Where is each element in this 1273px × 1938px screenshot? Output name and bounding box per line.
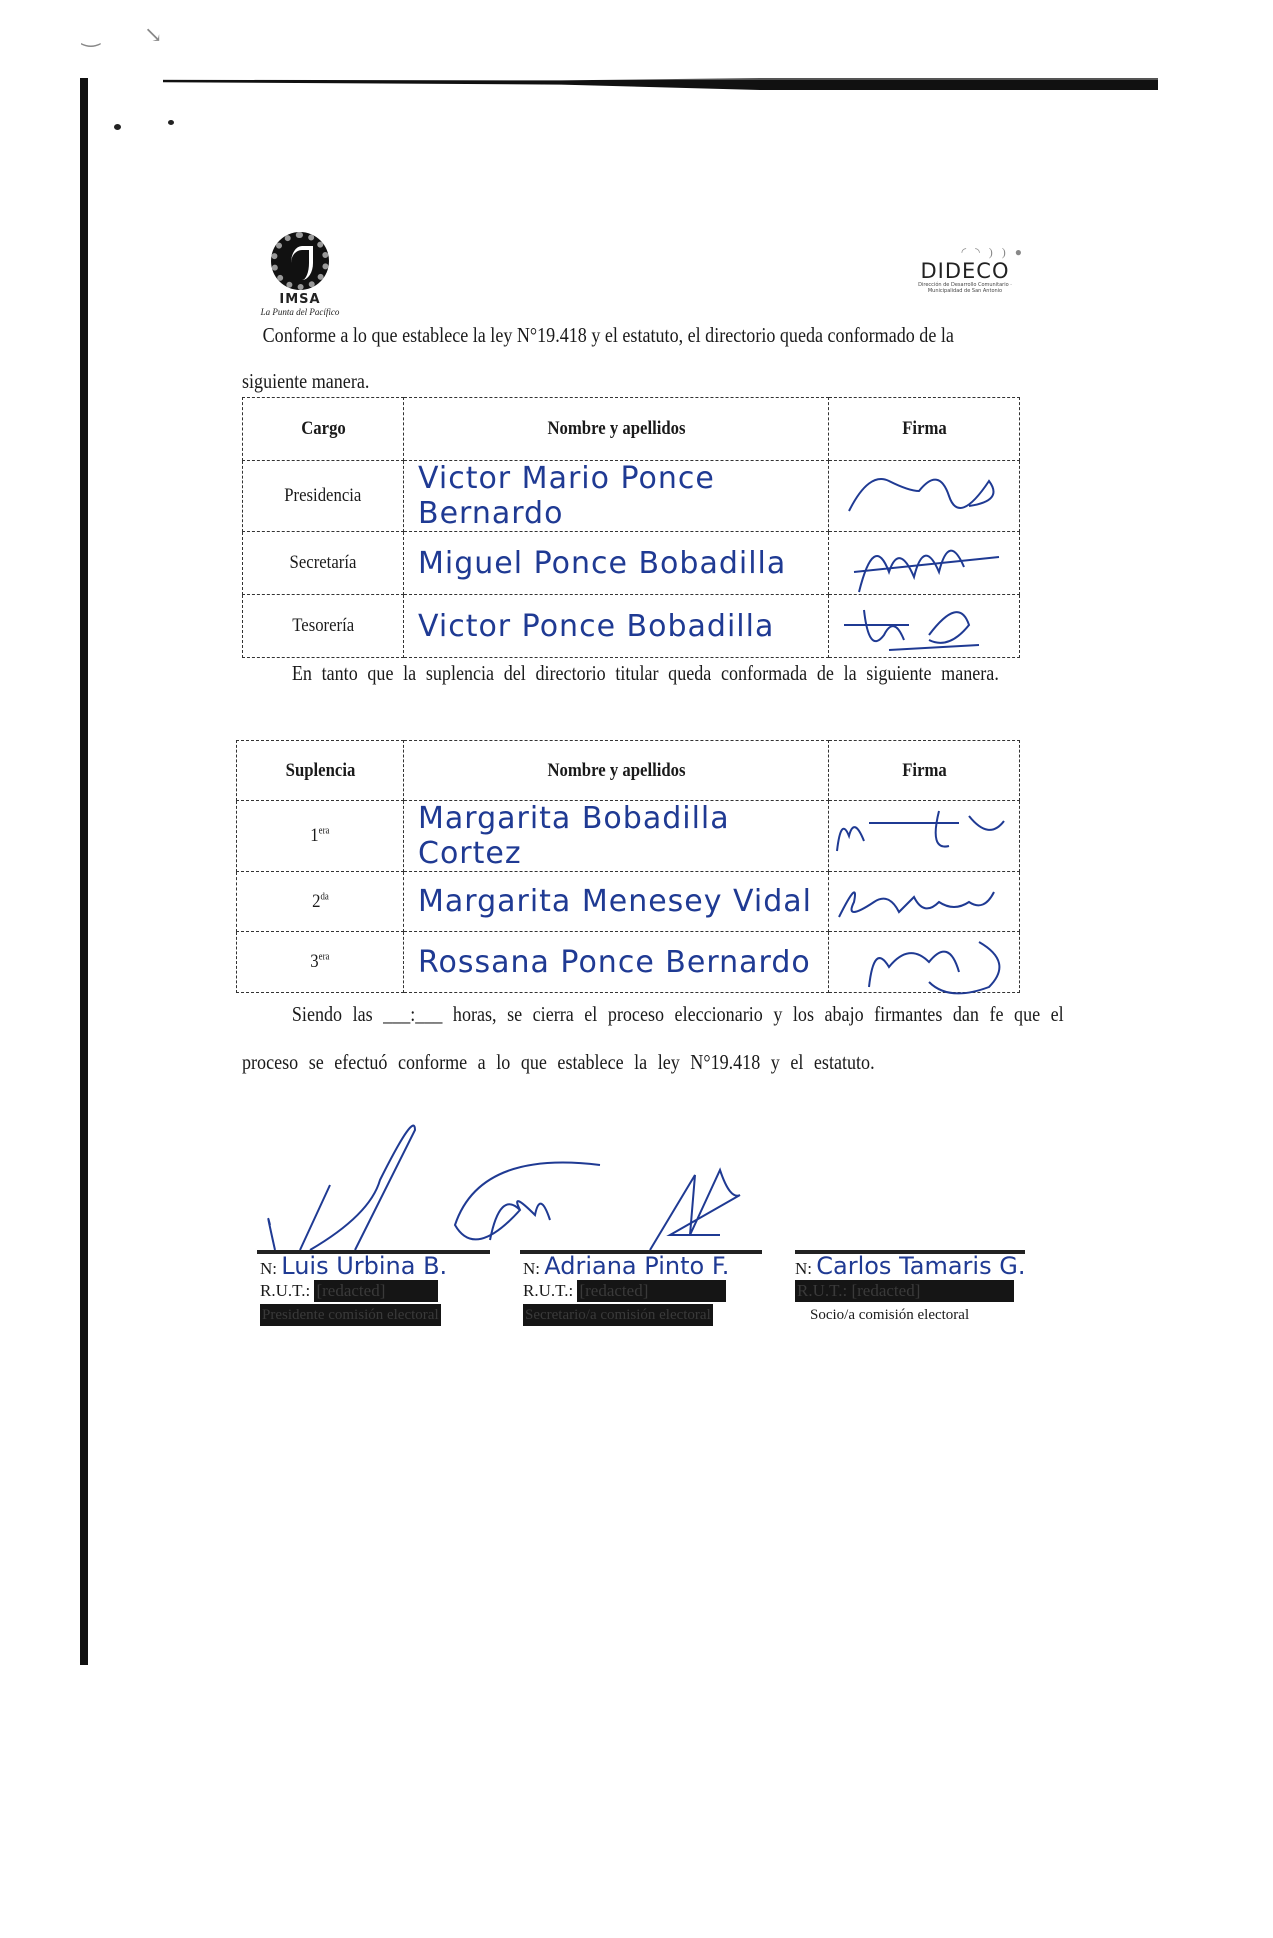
orden-label: 1era bbox=[310, 825, 329, 847]
rut-redacted: [redacted] bbox=[577, 1280, 726, 1302]
nombre-cell: Rossana Ponce Bernardo bbox=[404, 932, 829, 993]
closing-paragraph: Siendo las ___:___ horas, se cierra el p… bbox=[242, 990, 1111, 1086]
commission-member-socio: N: Carlos Tamaris G. R.U.T.: [redacted] … bbox=[795, 1255, 1055, 1326]
dideco-logo: ◜ ◝ ) ) ● DIDECO Dirección de Desarrollo… bbox=[905, 245, 1025, 294]
cargo-cell: Secretaría bbox=[243, 532, 404, 595]
role-label: Socio/a comisión electoral bbox=[810, 1307, 969, 1323]
nombre-cell: Victor Ponce Bobadilla bbox=[404, 595, 829, 658]
suplencia-paragraph: En tanto que la suplencia del directorio… bbox=[242, 650, 1111, 696]
dideco-subtitle: Dirección de Desarrollo Comunitario · Mu… bbox=[905, 282, 1025, 294]
commission-member-secretary: N: Adriana Pinto F. R.U.T.: [redacted] S… bbox=[523, 1255, 783, 1326]
orden-cell: 3era bbox=[237, 932, 404, 993]
cargo-label: Tesorería bbox=[292, 615, 354, 637]
header-suplencia: Suplencia bbox=[247, 741, 394, 801]
scan-artifact: ↘ bbox=[144, 22, 162, 48]
n-label: N: bbox=[260, 1259, 277, 1278]
table-row: Secretaría Miguel Ponce Bobadilla bbox=[243, 532, 1020, 595]
signature bbox=[829, 872, 1020, 932]
signature bbox=[829, 595, 1020, 658]
top-rule bbox=[163, 78, 1158, 90]
header-nombre: Nombre y apellidos bbox=[429, 398, 803, 461]
cargo-cell: Presidencia bbox=[243, 461, 404, 532]
orden-label: 3era bbox=[310, 951, 329, 973]
table-row: 3era Rossana Ponce Bernardo bbox=[237, 932, 1020, 993]
n-label: N: bbox=[795, 1259, 812, 1278]
left-margin-bar bbox=[80, 78, 88, 1665]
orden-cell: 2da bbox=[237, 872, 404, 932]
signature bbox=[829, 532, 1020, 595]
scan-artifact: ‿ bbox=[82, 22, 100, 48]
header-firma: Firma bbox=[840, 741, 1008, 801]
intro-paragraph: Conforme a lo que establece la ley N°19.… bbox=[242, 312, 990, 404]
rut-redacted: R.U.T.: [redacted] bbox=[795, 1280, 1014, 1302]
header-firma: Firma bbox=[840, 398, 1008, 461]
commission-member-president: N: Luis Urbina B. R.U.T.: [redacted] Pre… bbox=[260, 1255, 500, 1326]
imsa-logo: IMSA La Punta del Pacífico bbox=[255, 232, 345, 317]
dideco-name: DIDECO bbox=[905, 260, 1025, 282]
punch-mark bbox=[114, 124, 121, 130]
signature-icon bbox=[829, 595, 1019, 658]
dideco-logo-icon: ◜ ◝ ) ) ● bbox=[905, 245, 1025, 260]
suplencia-table: Suplencia Nombre y apellidos Firma 1era … bbox=[236, 740, 1020, 993]
header-cargo: Cargo bbox=[252, 398, 394, 461]
commission-signatures-icon bbox=[250, 1110, 1040, 1255]
nombre-cell: Miguel Ponce Bobadilla bbox=[404, 532, 829, 595]
signature-icon bbox=[829, 932, 1019, 993]
signature-icon bbox=[829, 872, 1019, 932]
closing-text: Siendo las ___:___ horas, se cierra el p… bbox=[242, 1002, 1064, 1074]
orden-cell: 1era bbox=[237, 801, 404, 872]
suplencia-text: En tanto que la suplencia del directorio… bbox=[292, 661, 999, 685]
header-nombre: Nombre y apellidos bbox=[429, 741, 803, 801]
table-row: Presidencia Victor Mario Ponce Bernardo bbox=[243, 461, 1020, 532]
table-row: 2da Margarita Menesey Vidal bbox=[237, 872, 1020, 932]
signature-icon bbox=[829, 801, 1019, 863]
directorio-table: Cargo Nombre y apellidos Firma Presidenc… bbox=[242, 397, 1020, 658]
member-name: Adriana Pinto F. bbox=[544, 1252, 729, 1280]
table-row: 1era Margarita Bobadilla Cortez bbox=[237, 801, 1020, 872]
cargo-label: Secretaría bbox=[290, 552, 357, 574]
rut-label: R.U.T.: bbox=[523, 1281, 573, 1300]
nombre-cell: Victor Mario Ponce Bernardo bbox=[404, 461, 829, 532]
nombre-cell: Margarita Bobadilla Cortez bbox=[404, 801, 829, 872]
table-row: Tesorería Victor Ponce Bobadilla bbox=[243, 595, 1020, 658]
member-name: Luis Urbina B. bbox=[281, 1252, 447, 1280]
member-name: Carlos Tamaris G. bbox=[816, 1252, 1025, 1280]
cargo-cell: Tesorería bbox=[243, 595, 404, 658]
punch-mark bbox=[168, 120, 174, 125]
imsa-logo-icon bbox=[271, 232, 329, 290]
imsa-name: IMSA bbox=[255, 292, 345, 307]
signature-icon bbox=[829, 532, 1019, 595]
role-label-redacted: Presidente comisión electoral bbox=[260, 1304, 441, 1326]
signature bbox=[829, 461, 1020, 532]
nombre-cell: Margarita Menesey Vidal bbox=[404, 872, 829, 932]
signature bbox=[829, 932, 1020, 993]
n-label: N: bbox=[523, 1259, 540, 1278]
signature bbox=[829, 801, 1020, 872]
rut-redacted: [redacted] bbox=[314, 1280, 438, 1302]
cargo-label: Presidencia bbox=[284, 485, 361, 507]
role-label-redacted: Secretario/a comisión electoral bbox=[523, 1304, 713, 1326]
rut-label: R.U.T.: bbox=[260, 1281, 310, 1300]
orden-label: 2da bbox=[312, 891, 329, 913]
signature-icon bbox=[829, 461, 1019, 518]
